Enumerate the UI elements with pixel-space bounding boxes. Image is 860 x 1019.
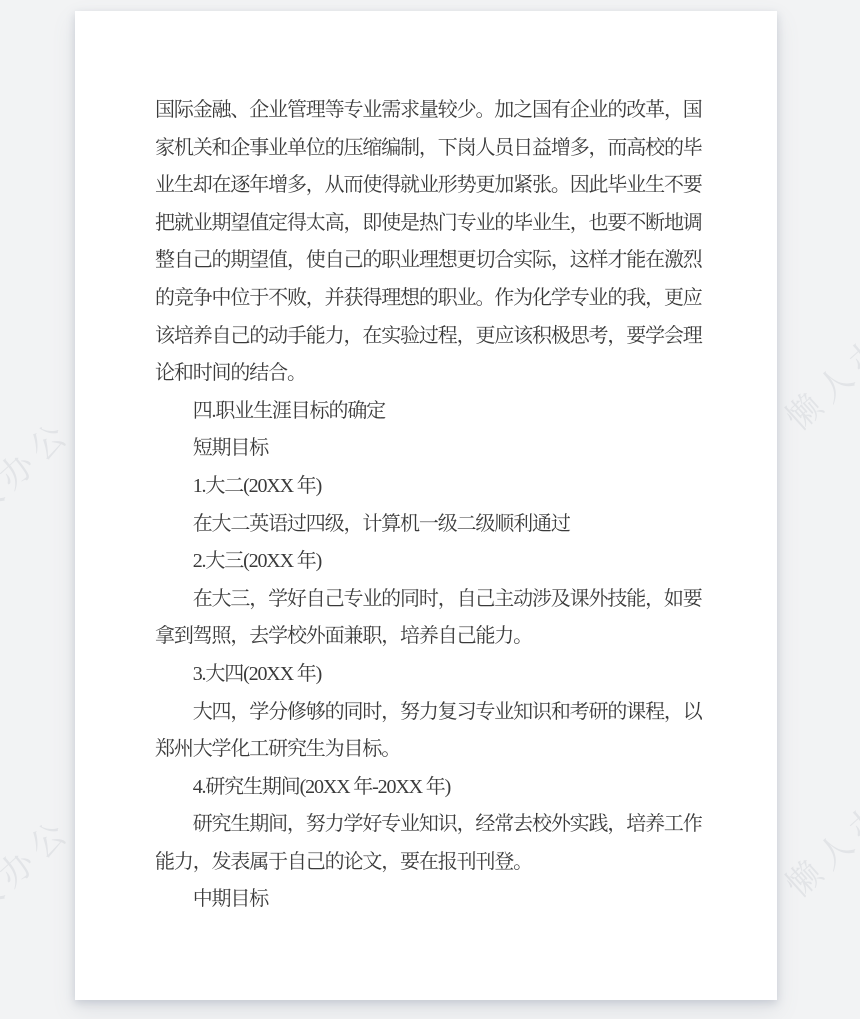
text-line: 把就业期望值定得太高，即使是热门专业的毕业生，也要不断地调 (155, 205, 715, 243)
document-page: 国际金融、企业管理等专业需求量较少。加之国有企业的改革，国 家机关和企事业单位的… (75, 11, 777, 1000)
text-line: 研究生期间，努力学好专业知识，经常去校外实践，培养工作 (155, 806, 715, 844)
text-line: 在大三，学好自己专业的同时，自己主动涉及课外技能，如要 (155, 581, 715, 619)
text-line: 国际金融、企业管理等专业需求量较少。加之国有企业的改革，国 (155, 92, 715, 130)
text-line-heading: 中期目标 (155, 881, 715, 919)
text-line: 的竞争中位于不败，并获得理想的职业。作为化学专业的我，更应 (155, 280, 715, 318)
text-line: 3.大四(20XX 年) (155, 656, 715, 694)
text-line: 论和时间的结合。 (155, 355, 715, 393)
text-line: 在大二英语过四级，计算机一级二级顺利通过 (155, 506, 715, 544)
text-line: 1.大二(20XX 年) (155, 468, 715, 506)
text-line: 能力，发表属于自己的论文，要在报刊刊登。 (155, 844, 715, 882)
watermark: 懒人办公 (0, 406, 81, 555)
text-line: 该培养自己的动手能力，在实验过程，更应该积极思考，要学会理 (155, 318, 715, 356)
text-line: 大四，学分修够的同时，努力复习专业知识和考研的课程，以 (155, 694, 715, 732)
text-line-heading: 四.职业生涯目标的确定 (155, 393, 715, 431)
watermark: 懒人办公 (0, 804, 81, 953)
text-line: 拿到驾照，去学校外面兼职，培养自己能力。 (155, 618, 715, 656)
text-line: 整自己的期望值，使自己的职业理想更切合实际，这样才能在激烈 (155, 242, 715, 280)
watermark: 懒人办公 (773, 758, 860, 907)
text-line: 业生却在逐年增多，从而使得就业形势更加紧张。因此毕业生不要 (155, 167, 715, 205)
text-line: 家机关和企事业单位的压缩编制，下岗人员日益增多，而高校的毕 (155, 130, 715, 168)
text-line-heading: 短期目标 (155, 430, 715, 468)
text-line: 2.大三(20XX 年) (155, 543, 715, 581)
document-text: 国际金融、企业管理等专业需求量较少。加之国有企业的改革，国 家机关和企事业单位的… (155, 92, 715, 919)
text-line: 4.研究生期间(20XX 年-20XX 年) (155, 769, 715, 807)
text-line: 郑州大学化工研究生为目标。 (155, 731, 715, 769)
watermark: 懒人办公 (773, 291, 860, 440)
